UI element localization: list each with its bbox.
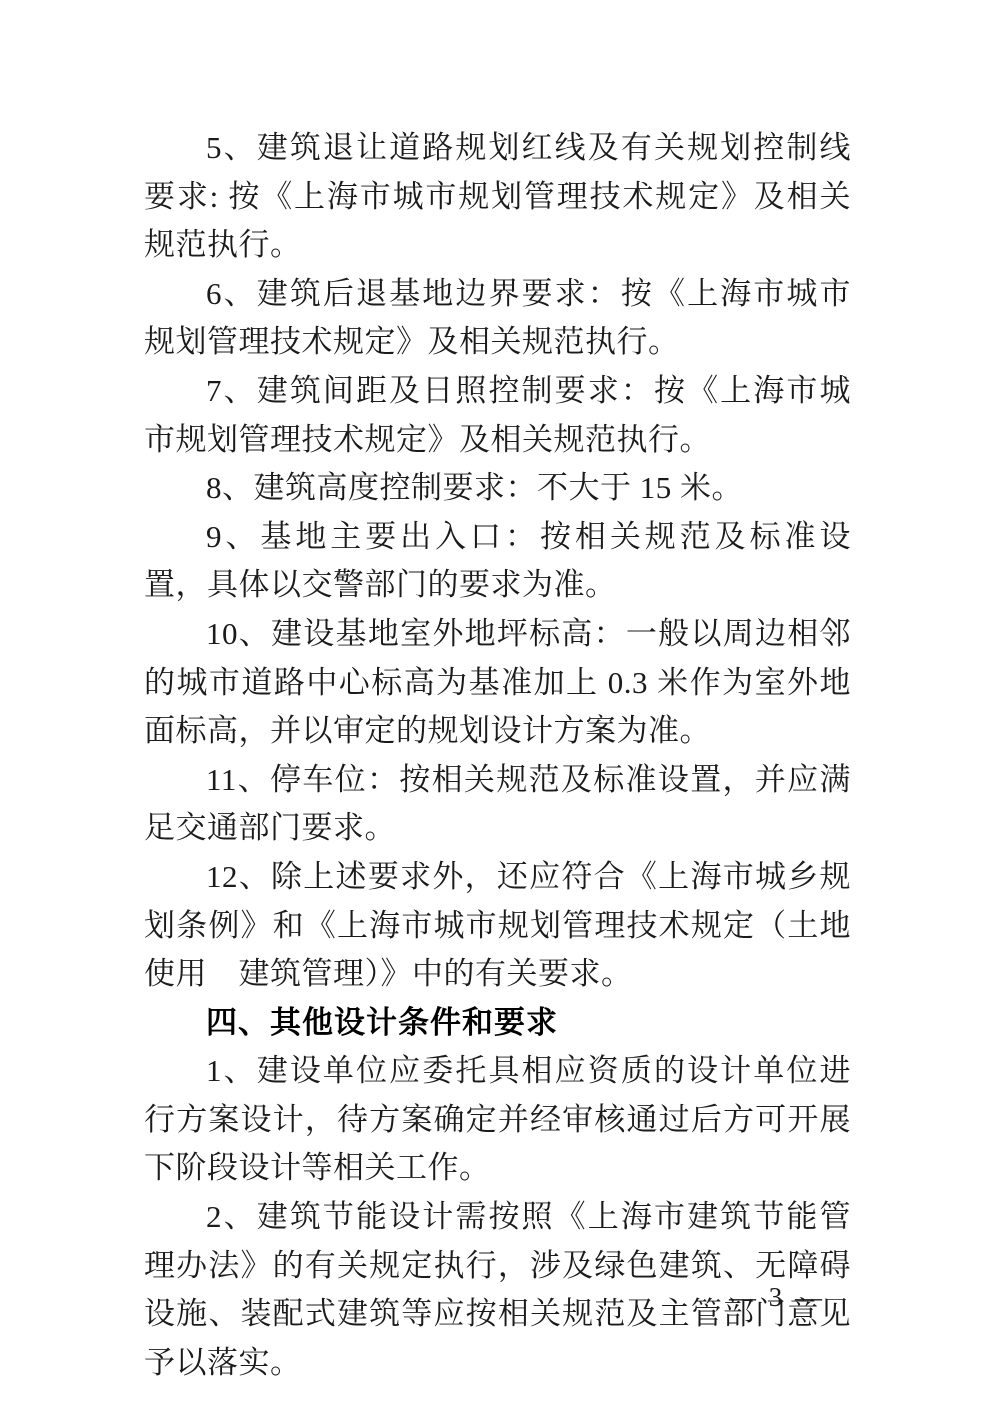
paragraph-item-6: 6、建筑后退基地边界要求：按《上海市城市规划管理技术规定》及相关规范执行。 (144, 270, 851, 367)
paragraph-item-10: 10、建设基地室外地坪标高：一般以周边相邻的城市道路中心标高为基准加上 0.3 … (144, 610, 851, 756)
paragraph-item-7: 7、建筑间距及日照控制要求：按《上海市城市规划管理技术规定》及相关规范执行。 (144, 367, 851, 464)
paragraph-item-9: 9、基地主要出入口：按相关规范及标准设置，具体以交警部门的要求为准。 (144, 513, 851, 610)
paragraph-item-12: 12、除上述要求外，还应符合《上海市城乡规划条例》和《上海市城市规划管理技术规定… (144, 853, 851, 999)
paragraph-item-8: 8、建筑高度控制要求：不大于 15 米。 (144, 464, 851, 513)
paragraph-item-11: 11、停车位：按相关规范及标准设置，并应满足交通部门要求。 (144, 756, 851, 853)
paragraph-item-5: 5、建筑退让道路规划红线及有关规划控制线要求: 按《上海市城市规划管理技术规定》… (144, 124, 851, 270)
paragraph-item-1: 1、建设单位应委托具相应资质的设计单位进行方案设计，待方案确定并经审核通过后方可… (144, 1047, 851, 1193)
section-heading-4: 四、其他设计条件和要求 (144, 999, 851, 1048)
document-page: 5、建筑退让道路规划红线及有关规划控制线要求: 按《上海市城市规划管理技术规定》… (0, 0, 992, 1403)
page-number: — 3 — (729, 1282, 825, 1313)
document-body: 5、建筑退让道路规划红线及有关规划控制线要求: 按《上海市城市规划管理技术规定》… (144, 124, 851, 1387)
